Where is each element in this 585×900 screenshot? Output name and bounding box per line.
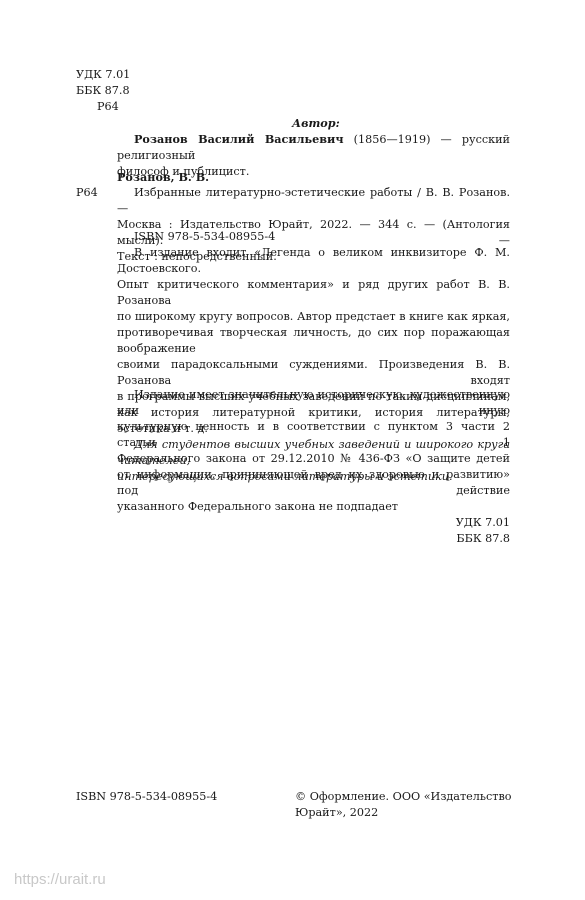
catalog-line: Избранные литературно-эстетические работ… — [117, 185, 510, 217]
legal-bbk: ББК 87.8 — [117, 531, 510, 547]
legal-udk: УДК 7.01 — [117, 515, 510, 531]
footer-isbn: ISBN 978-5-534-08955-4 — [76, 789, 217, 805]
watermark-url: https://urait.ru — [14, 872, 106, 888]
catalog-code: Р64 — [76, 185, 98, 201]
legal-line: Издание имеет значительную историческую,… — [117, 387, 510, 419]
catalog-heading: Розанов, В. В. — [117, 169, 209, 185]
legal-notice: Издание имеет значительную историческую,… — [117, 387, 510, 547]
author-name: Розанов Василий Васильевич — [134, 132, 344, 146]
annotation-line: Опыт критического комментария» и ряд дру… — [117, 277, 510, 309]
annotation-line: В издание входит «Легенда о великом инкв… — [117, 245, 510, 277]
legal-line: указанного Федерального закона не подпад… — [117, 499, 510, 515]
footer-copyright-line2: Юрайт», 2022 — [295, 805, 378, 821]
catalog-isbn: ISBN 978-5-534-08955-4 — [134, 229, 275, 245]
author-label: Автор: — [292, 115, 340, 131]
udk-code: УДК 7.01 — [76, 67, 130, 83]
author-sign-code: Р64 — [97, 99, 119, 115]
legal-line: от информации, причиняющей вред их здоро… — [117, 467, 510, 499]
annotation-line: по широкому кругу вопросов. Автор предст… — [117, 309, 510, 325]
annotation-line: противоречивая творческая личность, до с… — [117, 325, 510, 357]
legal-line: Федерального закона от 29.12.2010 № 436-… — [117, 451, 510, 467]
bbk-code: ББК 87.8 — [76, 83, 130, 99]
legal-line: культурную ценность и в соответствии с п… — [117, 419, 510, 451]
annotation-line: своими парадоксальными суждениями. Произ… — [117, 357, 510, 389]
footer-copyright-line1: © Оформление. ООО «Издательство — [295, 789, 511, 805]
book-imprint-page: УДК 7.01 ББК 87.8 Р64 Автор: Розанов Вас… — [0, 0, 585, 900]
